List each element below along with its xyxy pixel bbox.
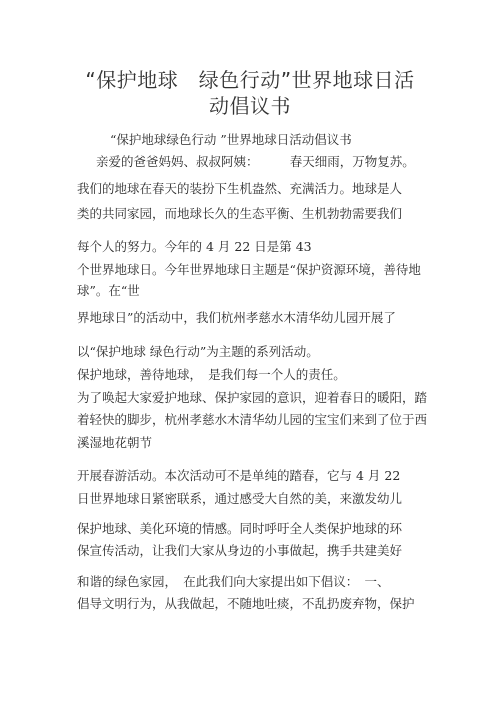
body-line: 溪湿地花朝节 [77,435,152,451]
body-line: 倡导文明行为，从我做起，不随地吐痰，不乱扔废弃物，保护 [77,596,415,612]
body-line: 类的共同家园，而地球长久的生态平衡、生机勃勃需要我们 [77,206,402,222]
body-line: 以“保护地球 绿色行动”为主题的系列活动。 [77,344,319,360]
body-line: 保宣传活动，让我们大家从身边的小事做起，携手共建美好 [77,543,402,559]
body-line: 保护地球、美化环境的情感。同时呼吁全人类保护地球的环 [77,521,402,537]
body-line: 和谐的绿色家园， 在此我们向大家提出如下倡议： 一、 [77,574,390,590]
document-title-line-1: “保护地球 绿色行动”世界地球日活 [0,64,500,93]
greeting-paragraph: 亲爱的爸爸妈妈、叔叔阿姨： 春天细雨，万物复苏。 [96,154,415,170]
body-line: 我们的地球在春天的装扮下生机盎然、充满活力。地球是人 [77,181,402,197]
body-line: 保护地球，善待地球， 是我们每一个人的责任。 [77,367,346,383]
document-subtitle: “保护地球绿色行动 ”世界地球日活动倡议书 [110,132,352,148]
body-line: 为了唤起大家爱护地球、保护家园的意识，迎着春日的暖阳，踏 [77,390,427,406]
body-line: 着轻快的脚步，杭州孝慈水木清华幼儿园的宝宝们来到了位于西 [77,412,427,428]
body-line: 界地球日”的活动中，我们杭州孝慈水木清华幼儿园开展了 [77,310,396,326]
body-line: 日世界地球日紧密联系，通过感受大自然的美，来激发幼儿 [77,491,402,507]
body-line: 球”。在“世 [77,283,140,299]
document-page: “保护地球 绿色行动”世界地球日活 动倡议书 “保护地球绿色行动 ”世界地球日活… [0,0,500,708]
body-line: 个世界地球日。今年世界地球日主题是“保护资源环境，善待地 [77,262,421,278]
document-title-line-2: 动倡议书 [0,90,500,119]
body-line: 每个人的努力。今年的 4 月 22 日是第 43 [77,239,312,255]
body-line: 开展春游活动。本次活动可不是单纯的踏春，它与 4 月 22 [77,468,400,484]
